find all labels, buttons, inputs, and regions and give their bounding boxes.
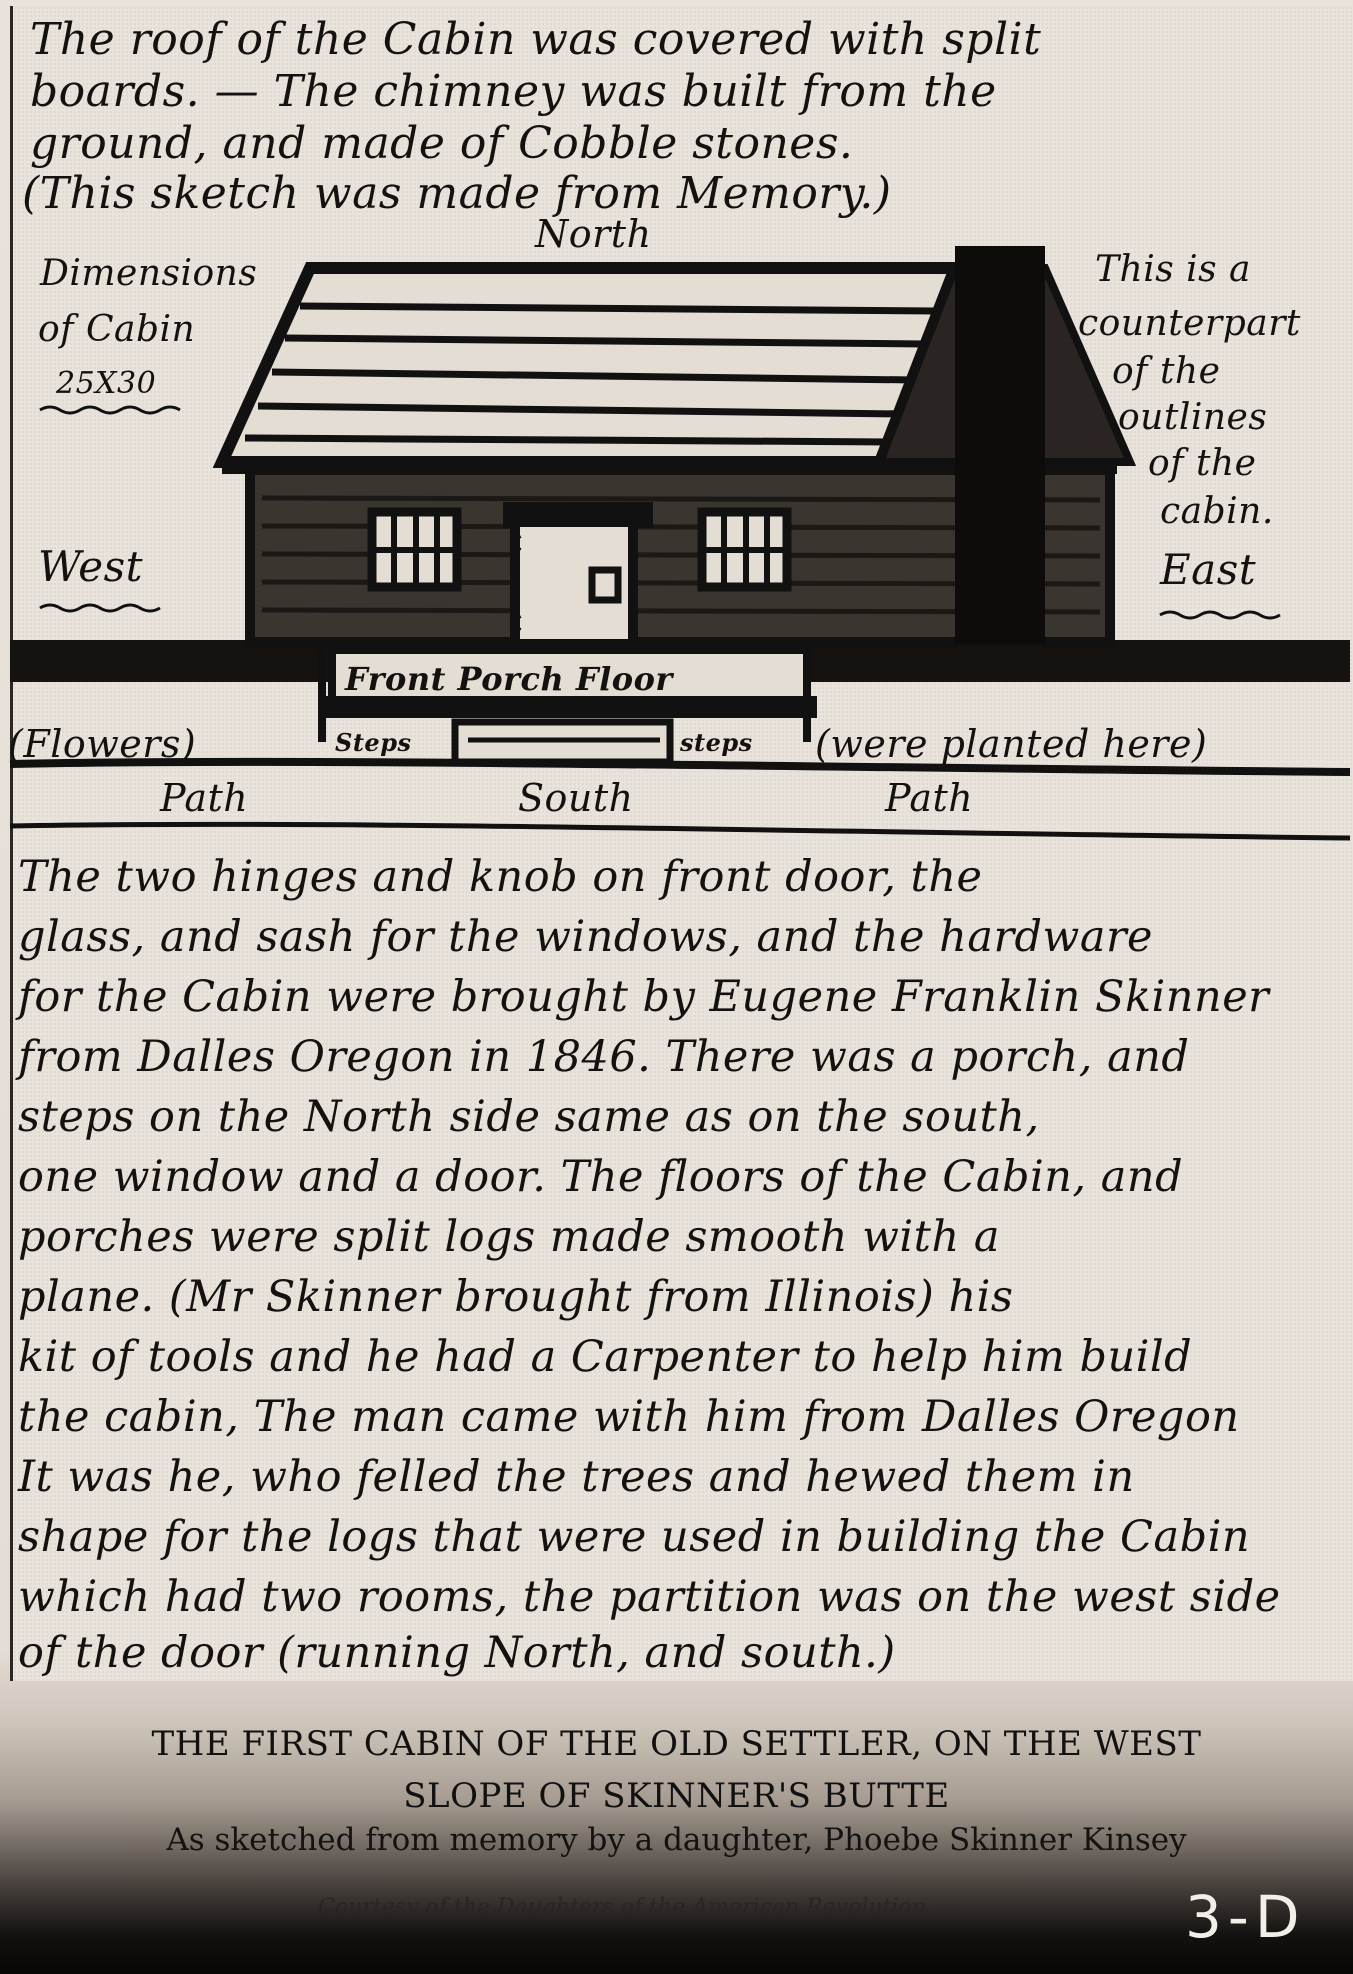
paragraph-line: steps on the North side same as on the s… <box>18 1092 1040 1142</box>
path-line-lower <box>10 824 1350 838</box>
counterpart-note-line: outlines <box>1118 396 1267 440</box>
paragraph-line: porches were split logs made smooth with… <box>18 1212 1000 1262</box>
counterpart-note-line: of the <box>1112 350 1220 394</box>
counterpart-note-line: cabin. <box>1160 490 1274 534</box>
caption-title: THE FIRST CABIN OF THE OLD SETTLER, ON T… <box>0 1718 1353 1822</box>
dimensions-value: 25X30 <box>56 362 156 406</box>
paragraph-line: one window and a door. The floors of the… <box>18 1152 1183 1202</box>
chimney <box>955 246 1045 644</box>
paragraph-line: for the Cabin were brought by Eugene Fra… <box>18 972 1269 1022</box>
paragraph-line: kit of tools and he had a Carpenter to h… <box>18 1332 1192 1382</box>
counterpart-note-line: counterpart <box>1078 302 1301 346</box>
photo-plate: The roof of the Cabin was covered with s… <box>0 0 1353 1974</box>
porch-label: Front Porch Floor <box>345 660 673 698</box>
steps-right-label: steps <box>680 728 753 757</box>
caption-title-line2: SLOPE OF SKINNER'S BUTTE <box>0 1770 1353 1822</box>
caption-title-line1: THE FIRST CABIN OF THE OLD SETTLER, ON T… <box>0 1718 1353 1770</box>
counterpart-note-line: This is a <box>1095 248 1251 292</box>
path-right-label: Path <box>885 776 973 820</box>
west-label: West <box>38 545 143 589</box>
paragraph-line: which had two rooms, the partition was o… <box>18 1572 1281 1622</box>
paragraph-line: the cabin, The man came with him from Da… <box>18 1392 1240 1442</box>
counterpart-note-line: of the <box>1148 442 1256 486</box>
paragraph-line: It was he, who felled the trees and hewe… <box>18 1452 1135 1502</box>
path-left-label: Path <box>160 776 248 820</box>
window-east <box>702 512 787 587</box>
dimensions-note-line: Dimensions <box>40 252 257 296</box>
east-label: East <box>1160 548 1256 592</box>
paragraph-line: from Dalles Oregon in 1846. There was a … <box>18 1032 1189 1082</box>
paragraph-line: of the door (running North, and south.) <box>18 1628 896 1678</box>
paragraph-line: The two hinges and knob on front door, t… <box>18 852 982 902</box>
north-label: North <box>535 212 652 256</box>
paragraph-line: shape for the logs that were used in bui… <box>18 1512 1250 1562</box>
dimensions-note-line: of Cabin <box>38 308 195 352</box>
caption-courtesy: Courtesy of the Daughters of the America… <box>0 1895 1313 1920</box>
plate-id-label: 3-D <box>1185 1883 1306 1951</box>
roof <box>222 268 955 462</box>
caption-subtitle: As sketched from memory by a daughter, P… <box>0 1822 1353 1858</box>
paragraph-line: plane. (Mr Skinner brought from Illinois… <box>18 1272 1013 1322</box>
window-west <box>372 512 457 587</box>
steps-left-label: Steps <box>335 728 411 757</box>
paragraph-line: glass, and sash for the windows, and the… <box>18 912 1153 962</box>
flowers-left-label: (Flowers) <box>8 722 196 766</box>
south-label: South <box>518 776 634 820</box>
flowers-right-label: (were planted here) <box>815 722 1207 766</box>
